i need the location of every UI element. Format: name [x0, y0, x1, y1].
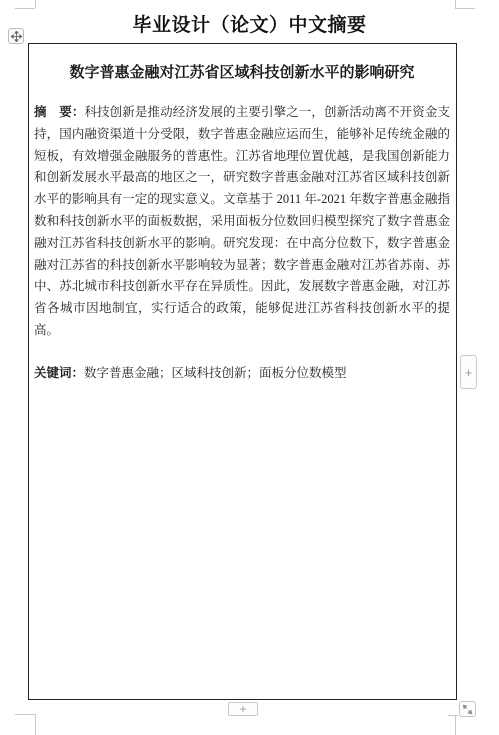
crop-mark-bottom-right-v	[455, 715, 456, 735]
keywords-paragraph: 关键词：数字普惠金融；区域科技创新；面板分位数模型	[34, 363, 450, 385]
table-resize-handle[interactable]	[459, 701, 476, 717]
abstract-table-cell[interactable]: 数字普惠金融对江苏省区域科技创新水平的影响研究 摘 要：科技创新是推动经济发展的…	[28, 43, 457, 700]
crop-mark-top-right-h	[455, 8, 475, 9]
crop-mark-top-left-h	[15, 8, 35, 9]
plus-icon: +	[239, 703, 246, 715]
crop-mark-top-right-v	[455, 0, 456, 8]
crop-mark-top-left-v	[35, 0, 36, 8]
crop-mark-bottom-left-h	[15, 714, 35, 715]
insert-column-button[interactable]: +	[460, 355, 477, 389]
keywords-label: 关键词：	[34, 366, 84, 380]
plus-icon: +	[465, 366, 473, 379]
diagonal-resize-icon	[462, 704, 473, 715]
page-title[interactable]: 毕业设计（论文）中文摘要	[0, 10, 499, 37]
table-move-handle[interactable]	[8, 28, 24, 44]
abstract-paragraph: 摘 要：科技创新是推动经济发展的主要引擎之一，创新活动离不开资金支持，国内融资渠…	[34, 102, 450, 342]
keywords-text: 数字普惠金融；区域科技创新；面板分位数模型	[84, 366, 347, 380]
abstract-body-text: 科技创新是推动经济发展的主要引擎之一，创新活动离不开资金支持，国内融资渠道十分受…	[34, 105, 450, 337]
insert-row-button[interactable]: +	[228, 702, 258, 716]
move-icon	[11, 31, 22, 42]
crop-mark-bottom-right-h	[448, 715, 458, 716]
abstract-label: 摘 要：	[34, 105, 84, 119]
abstract-title: 数字普惠金融对江苏省区域科技创新水平的影响研究	[34, 63, 450, 83]
crop-mark-bottom-left-v	[35, 714, 36, 735]
